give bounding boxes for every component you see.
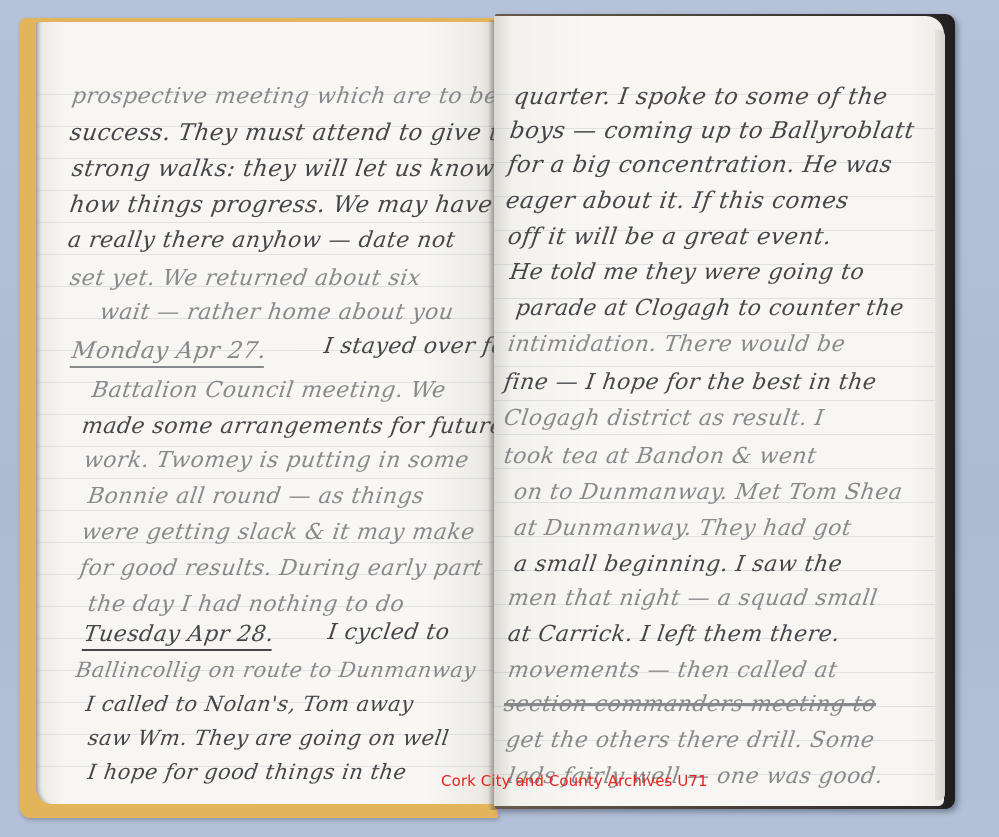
page-ruling: [36, 190, 494, 191]
handwritten-line: at Carrick. I left them there.: [506, 622, 841, 647]
page-ruling: [494, 366, 944, 367]
diary-date-heading: Tuesday Apr 28.: [82, 622, 275, 647]
handwritten-line: quarter. I spoke to some of the: [512, 84, 889, 110]
handwritten-line: eager about it. If this comes: [504, 188, 850, 214]
handwritten-line: Bonnie all round — as things: [86, 484, 426, 509]
handwritten-line: work. Twomey is putting in some: [82, 448, 470, 473]
archive-watermark: Cork City and County Archives U71: [441, 772, 708, 790]
handwritten-line: the day I had nothing to do: [86, 592, 406, 617]
handwritten-line: for good results. During early part: [78, 556, 484, 581]
struck-through-line: section commanders meeting to: [502, 692, 878, 717]
handwritten-line: strong walks: they will let us know: [70, 156, 494, 182]
handwritten-line: I stayed over for: [322, 334, 494, 359]
handwritten-line: fine — I hope for the best in the: [502, 370, 878, 395]
page-ruling: [36, 222, 494, 223]
handwritten-line: He told me they were going to: [508, 260, 866, 285]
handwritten-line: a really there anyhow — date not: [66, 228, 457, 253]
page-ruling: [36, 446, 494, 447]
handwritten-line: parade at Clogagh to counter the: [514, 296, 905, 321]
handwritten-line: a small beginning. I saw the: [512, 552, 844, 577]
handwritten-line: men that night — a squad small: [506, 586, 879, 611]
handwritten-line: Battalion Council meeting. We: [90, 378, 447, 403]
handwritten-line: wait — rather home about you: [98, 300, 455, 325]
right-page: quarter. I spoke to some of the boys — c…: [494, 16, 944, 806]
handwritten-line: made some arrangements for future: [80, 414, 494, 439]
handwritten-line: on to Dunmanway. Met Tom Shea: [512, 480, 904, 505]
diary-date-heading: Monday Apr 27.: [70, 338, 268, 364]
handwritten-line: movements — then called at: [506, 658, 839, 683]
handwritten-line: I hope for good things in the: [86, 760, 408, 784]
page-ruling: [36, 254, 494, 255]
handwritten-line: intimidation. There would be: [506, 332, 847, 357]
handwritten-line: boys — coming up to Ballyroblatt: [508, 118, 916, 144]
handwritten-line: prospective meeting which are to be a: [70, 84, 494, 109]
handwritten-line: success. They must attend to give them: [68, 120, 494, 146]
handwritten-line: for a big concentration. He was: [506, 152, 894, 178]
handwritten-line: Clogagh district as result. I: [502, 406, 825, 431]
handwritten-line: get the others there drill. Some: [504, 728, 876, 753]
handwritten-line: Ballincollig on route to Dunmanway: [74, 658, 477, 682]
handwritten-line: how things progress. We may have: [68, 192, 494, 218]
handwritten-line: set yet. We returned about six: [68, 266, 422, 291]
page-ruling: [494, 400, 944, 401]
handwritten-line: I cycled to: [326, 620, 451, 645]
handwritten-line: took tea at Bandon & went: [502, 444, 818, 469]
page-ruling: [36, 478, 494, 479]
handwritten-line: were getting slack & it may make: [80, 520, 476, 545]
page-ruling: [36, 510, 494, 511]
handwritten-line: I called to Nolan's, Tom away: [84, 692, 415, 716]
page-ruling: [494, 434, 944, 435]
handwritten-line: saw Wm. They are going on well: [86, 726, 450, 750]
handwritten-line: off it will be a great event.: [506, 224, 833, 250]
page-edges: [935, 30, 945, 800]
handwritten-line: at Dunmanway. They had got: [512, 516, 853, 541]
left-page: prospective meeting which are to be a su…: [36, 22, 494, 804]
